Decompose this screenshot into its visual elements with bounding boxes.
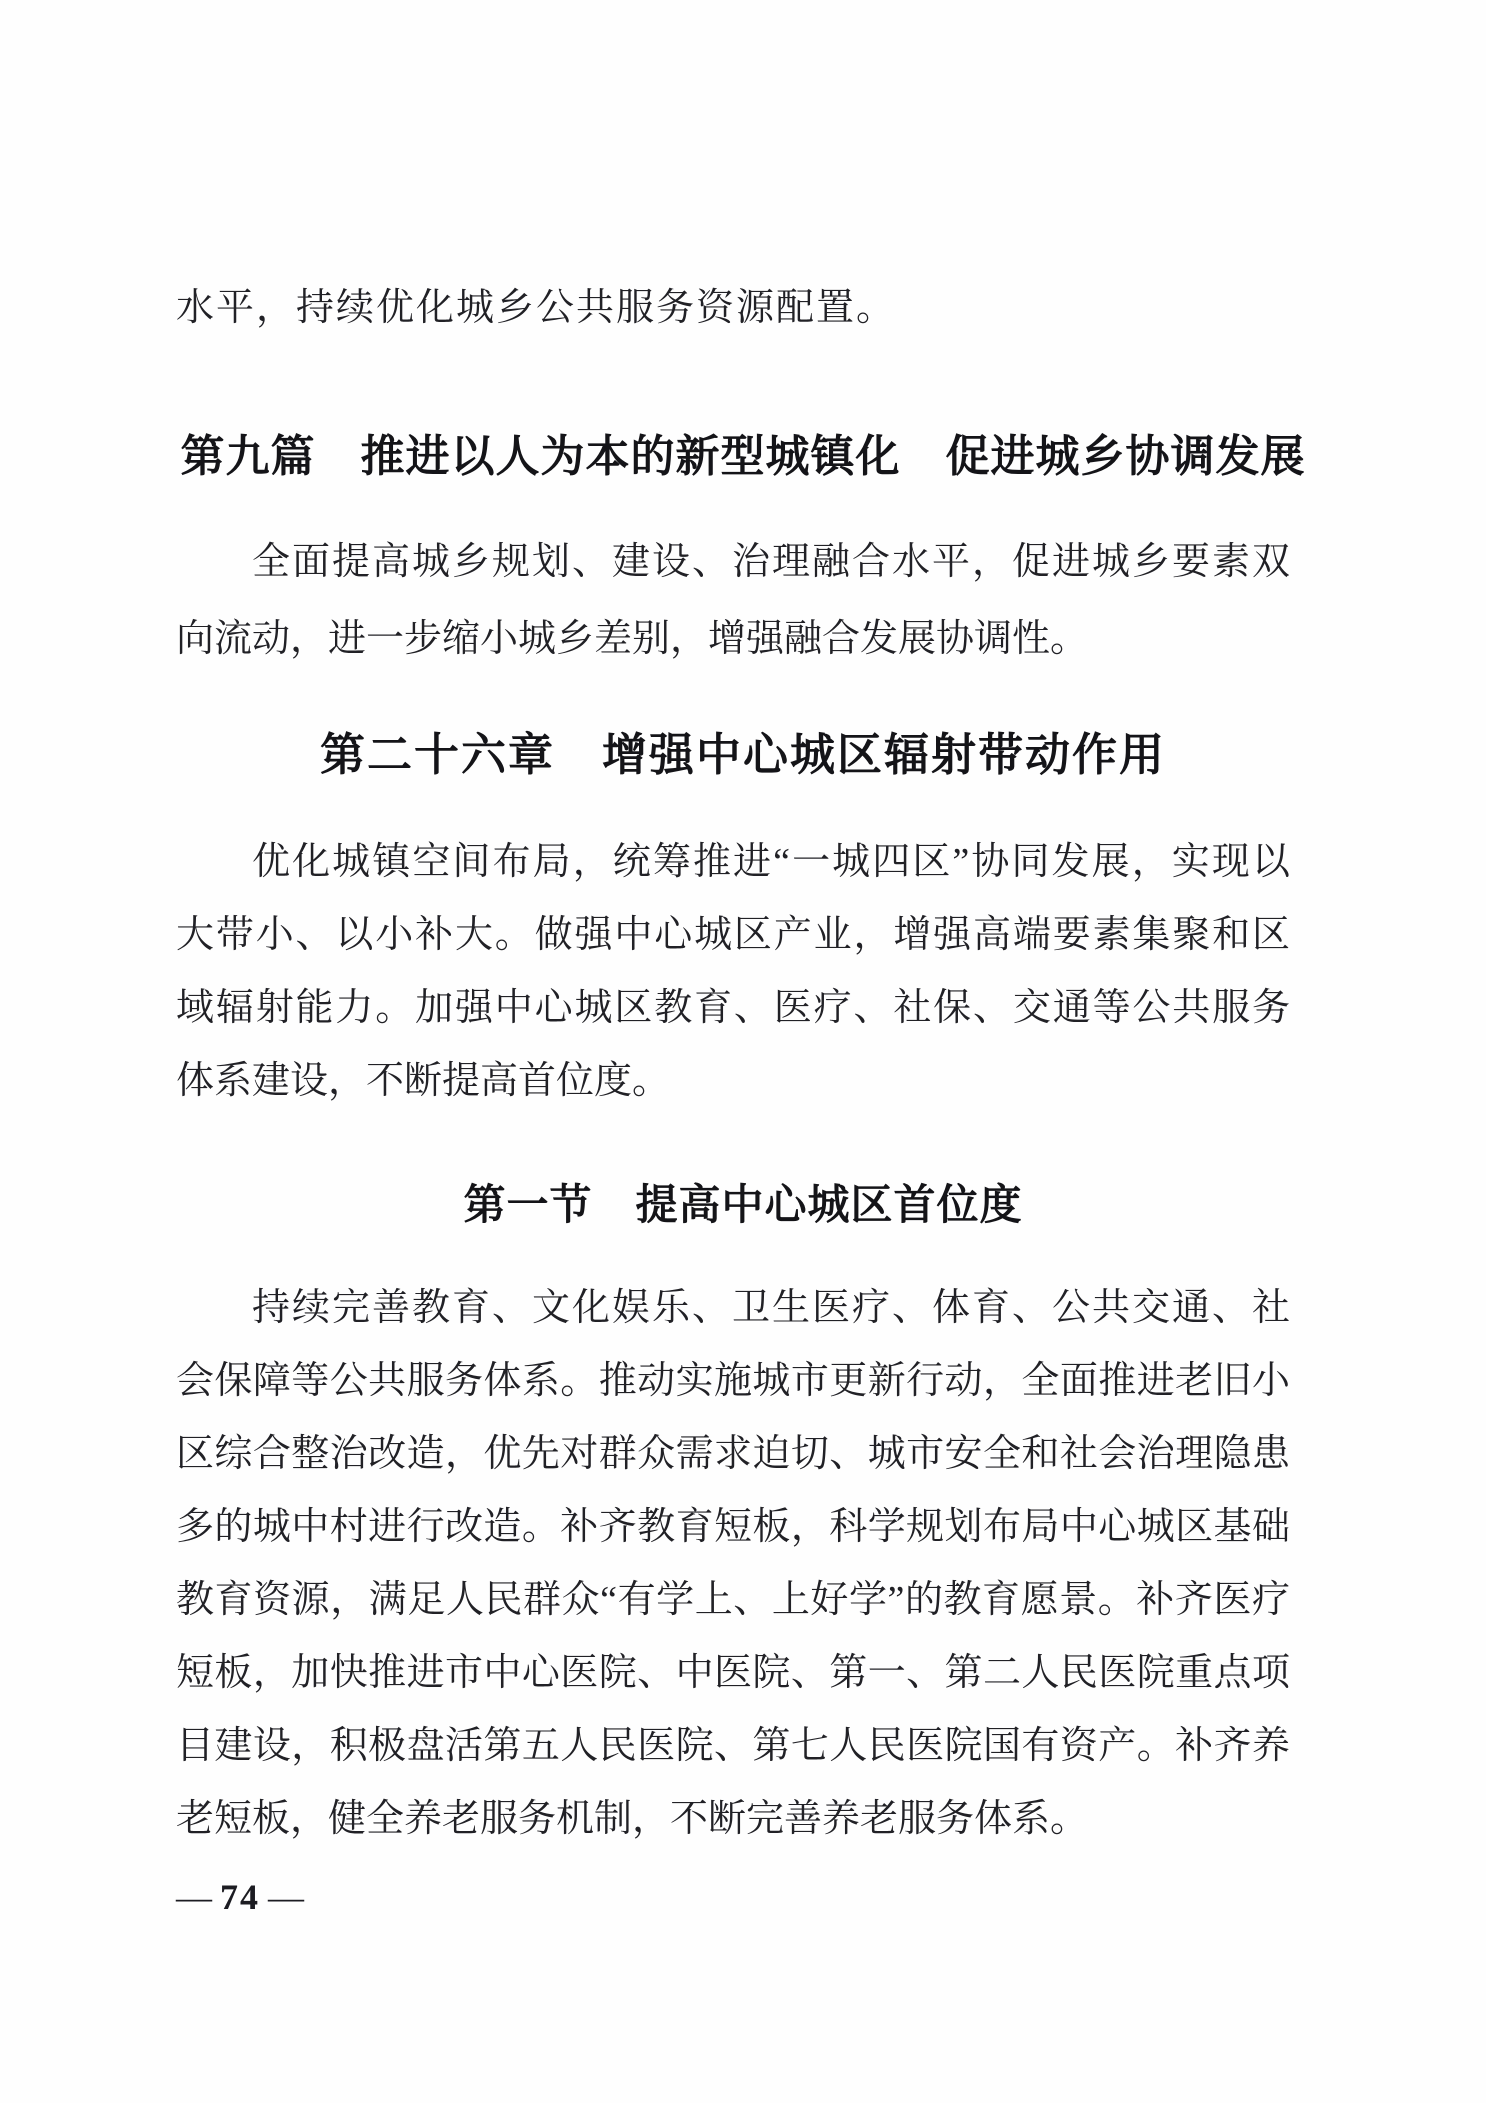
text-line: 大带小、以小补大。做强中心城区产业，增强高端要素集聚和区	[176, 899, 1290, 972]
text-line: 会保障等公共服务体系。推动实施城市更新行动，全面推进老旧小	[176, 1345, 1290, 1418]
text-line: 持续完善教育、文化娱乐、卫生医疗、体育、公共交通、社	[176, 1272, 1290, 1345]
section-heading: 第一节 提高中心城区首位度	[0, 1172, 1486, 1232]
paragraph-3: 持续完善教育、文化娱乐、卫生医疗、体育、公共交通、社 会保障等公共服务体系。推动…	[176, 1272, 1290, 1856]
paragraph-continuation-line: 水平，持续优化城乡公共服务资源配置。	[176, 285, 1290, 331]
paragraph-1: 全面提高城乡规划、建设、治理融合水平，促进城乡要素双 向流动，进一步缩小城乡差别…	[176, 524, 1290, 678]
text-line: 全面提高城乡规划、建设、治理融合水平，促进城乡要素双	[176, 524, 1290, 601]
part-heading: 第九篇 推进以人为本的新型城镇化 促进城乡协调发展	[0, 420, 1486, 484]
text-line: 老短板，健全养老服务机制，不断完善养老服务体系。	[176, 1783, 1290, 1856]
text-line: 优化城镇空间布局，统筹推进“一城四区”协同发展，实现以	[176, 826, 1290, 899]
paragraph-2: 优化城镇空间布局，统筹推进“一城四区”协同发展，实现以 大带小、以小补大。做强中…	[176, 826, 1290, 1118]
page-number-footer: — 74 —	[176, 1876, 304, 1918]
footer-dash-left: —	[176, 1876, 212, 1918]
document-page: 水平，持续优化城乡公共服务资源配置。 第九篇 推进以人为本的新型城镇化 促进城乡…	[0, 0, 1486, 2103]
text-line: 向流动，进一步缩小城乡差别，增强融合发展协调性。	[176, 601, 1290, 678]
chapter-heading: 第二十六章 增强中心城区辐射带动作用	[0, 718, 1486, 783]
text-line: 体系建设，不断提高首位度。	[176, 1045, 1290, 1118]
text-line: 短板，加快推进市中心医院、中医院、第一、第二人民医院重点项	[176, 1637, 1290, 1710]
text-line: 教育资源，满足人民群众“有学上、上好学”的教育愿景。补齐医疗	[176, 1564, 1290, 1637]
text-line: 多的城中村进行改造。补齐教育短板，科学规划布局中心城区基础	[176, 1491, 1290, 1564]
text-line: 域辐射能力。加强中心城区教育、医疗、社保、交通等公共服务	[176, 972, 1290, 1045]
page-number: 74	[220, 1876, 260, 1918]
text-line: 目建设，积极盘活第五人民医院、第七人民医院国有资产。补齐养	[176, 1710, 1290, 1783]
footer-dash-right: —	[268, 1876, 304, 1918]
text-line: 区综合整治改造，优先对群众需求迫切、城市安全和社会治理隐患	[176, 1418, 1290, 1491]
